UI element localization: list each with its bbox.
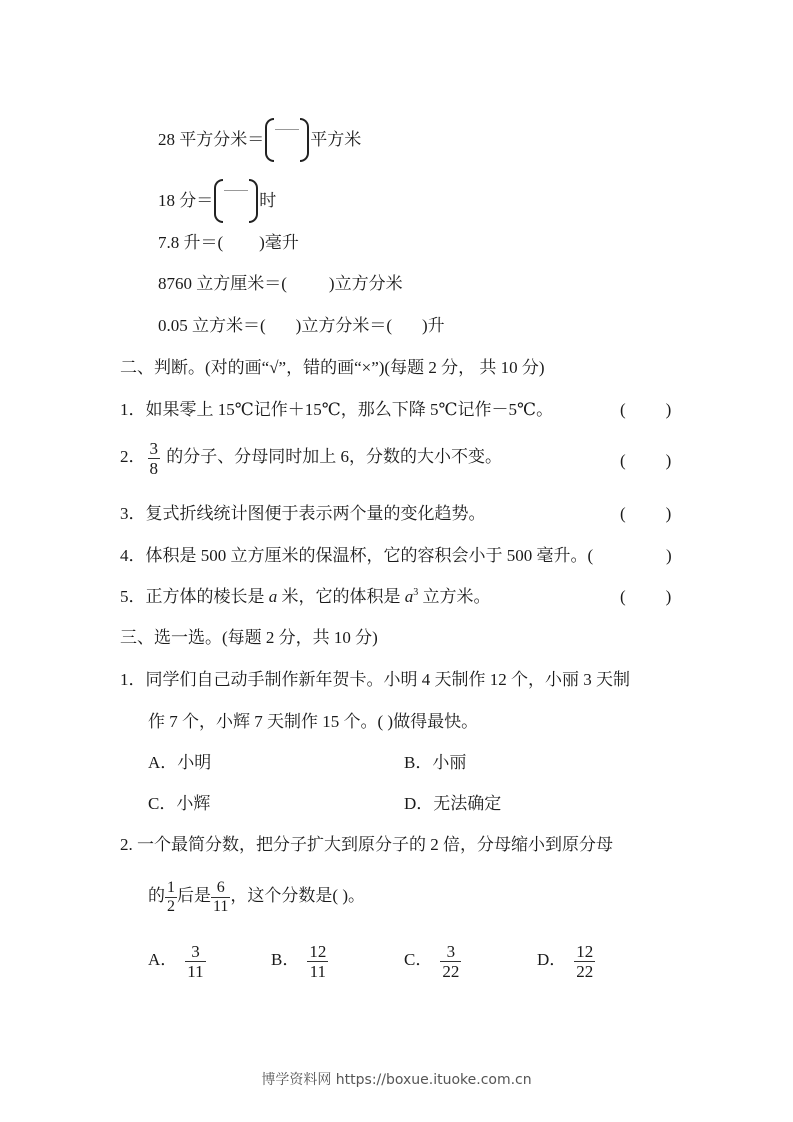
answer-paren-5[interactable]: () (620, 586, 671, 608)
conversion-prefix: 8760 立方厘米＝( (158, 274, 287, 293)
answer-paren-3[interactable]: () (620, 503, 671, 525)
conversion-suffix: 时 (259, 191, 276, 210)
answer-paren-4[interactable]: ) (626, 545, 672, 567)
fraction: 12 (165, 879, 177, 916)
fraction-blank[interactable] (265, 118, 309, 164)
conversion-prefix: 0.05 立方米＝( (158, 316, 266, 335)
option-c[interactable]: C．小辉 (148, 793, 210, 815)
item-number: 2. (120, 835, 133, 854)
option-c[interactable]: C．322 (404, 940, 463, 981)
conversion-prefix: 28 平方分米＝ (158, 130, 264, 149)
judge-item-1: 1．如果零上 15℃记作＋15℃，那么下降 5℃记作－5℃。 (120, 399, 553, 421)
section3-heading: 三、选一选。(每题 2 分，共 10 分) (120, 627, 378, 649)
item-number: 4． (120, 546, 146, 565)
judge-item-4: 4．体积是 500 立方厘米的保温杯，它的容积会小于 500 毫升。( (120, 545, 593, 567)
conversion-suffix: )毫升 (259, 233, 299, 252)
judge-item-2: 2．38 的分子、分母同时加上 6，分数的大小不变。 (120, 437, 502, 478)
option-a[interactable]: A．小明 (148, 752, 211, 774)
fraction-blank[interactable] (214, 179, 258, 225)
choice-q2-line2: 的12后是611，这个分数是( )。 (148, 876, 365, 916)
fraction: 611 (211, 879, 230, 916)
answer-paren-1[interactable]: () (620, 399, 671, 421)
judge-item-3: 3．复式折线统计图便于表示两个量的变化趋势。 (120, 503, 486, 525)
item-number: 1． (120, 400, 146, 419)
option-d[interactable]: D．1222 (537, 940, 597, 981)
conversion-suffix: )立方分米 (329, 274, 403, 293)
option-b[interactable]: B．小丽 (404, 752, 466, 774)
judge-item-5: 5．正方体的棱长是 a 米，它的体积是 a3 立方米。 (120, 586, 491, 608)
item-text: 如果零上 15℃记作＋15℃，那么下降 5℃记作－5℃。 (146, 400, 554, 419)
conversion-prefix: 7.8 升＝( (158, 233, 223, 252)
footer-watermark: 博学资料网 https://boxue.ituoke.com.cn (0, 1069, 793, 1089)
option-d[interactable]: D．无法确定 (404, 793, 501, 815)
item-number: 3． (120, 504, 146, 523)
section2-heading: 二、判断。(对的画“√”，错的画“×”)(每题 2 分， 共 10 分) (120, 357, 545, 379)
item-number: 2． (120, 447, 146, 466)
conversion-5: 0.05 立方米＝()立方分米＝()升 (158, 315, 445, 337)
conversion-suffix: 平方米 (310, 130, 361, 149)
conversion-middle: )立方分米＝( (296, 316, 392, 335)
choice-q2-line1: 2. 一个最简分数，把分子扩大到原分子的 2 倍，分母缩小到原分母 (120, 834, 613, 856)
item-text: 体积是 500 立方厘米的保温杯，它的容积会小于 500 毫升。( (146, 546, 594, 565)
fraction: 38 (148, 439, 161, 478)
conversion-prefix: 18 分＝ (158, 191, 213, 210)
item-number: 1． (120, 670, 146, 689)
choice-q1-line2: 作 7 个，小辉 7 天制作 15 个。( )做得最快。 (148, 711, 478, 733)
item-number: 5． (120, 587, 146, 606)
conversion-4: 8760 立方厘米＝()立方分米 (158, 273, 403, 295)
option-a[interactable]: A．311 (148, 940, 208, 981)
item-text: 的分子、分母同时加上 6，分数的大小不变。 (162, 447, 502, 466)
answer-paren-2[interactable]: () (620, 450, 671, 472)
conversion-2: 18 分＝时 (158, 179, 276, 225)
conversion-1: 28 平方分米＝平方米 (158, 118, 361, 164)
conversion-suffix: )升 (422, 316, 445, 335)
choice-q1-line1: 1．同学们自己动手制作新年贺卡。小明 4 天制作 12 个，小丽 3 天制 (120, 669, 630, 691)
option-b[interactable]: B．1211 (271, 940, 330, 981)
item-text: 复式折线统计图便于表示两个量的变化趋势。 (146, 504, 486, 523)
conversion-3: 7.8 升＝()毫升 (158, 232, 299, 254)
